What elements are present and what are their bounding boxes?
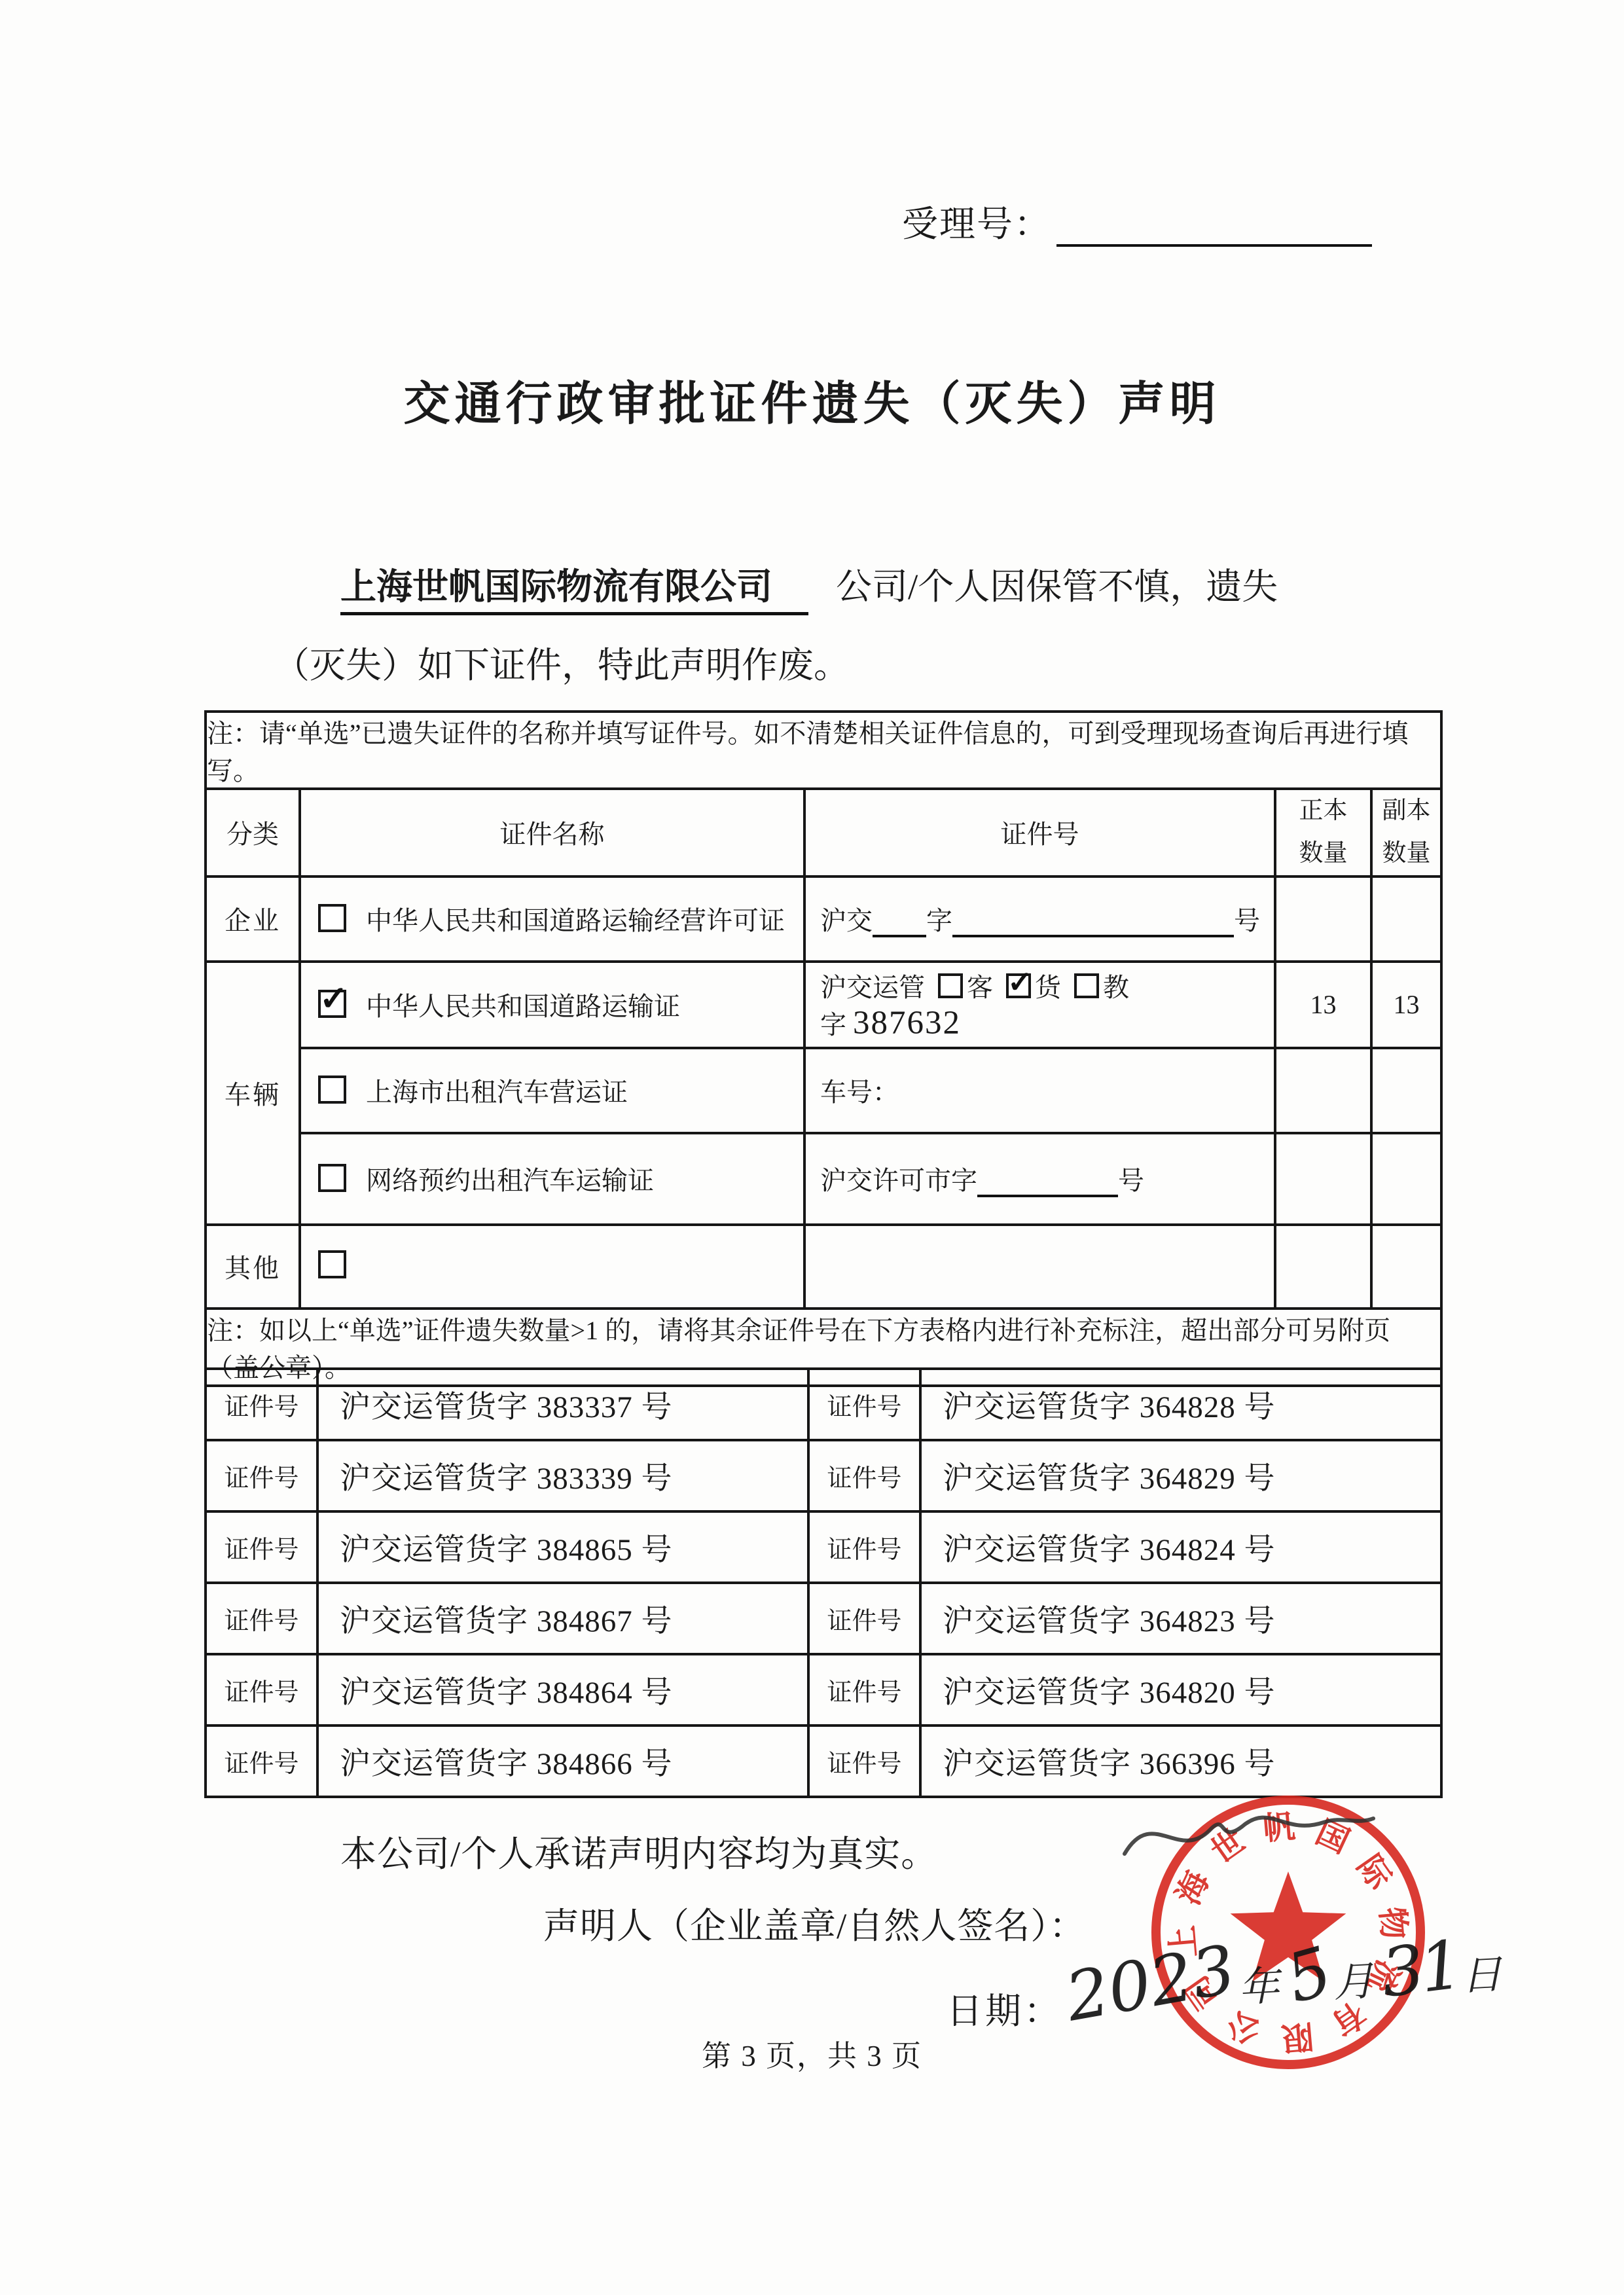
checkbox-other [318, 1250, 346, 1278]
cert-name: 网络预约出租汽车运输证 [366, 1166, 654, 1195]
table-note: 注：请“单选”已遗失证件的名称并填写证件号。如不清楚相关证件信息的，可到受理现场… [207, 719, 1409, 786]
cert-no-value: 沪交运管货字 384867 号 [317, 1583, 808, 1654]
company-name: 上海世帆国际物流有限公司 [340, 567, 808, 615]
table-row: 企业 中华人民共和国道路运输经营许可证 沪交字号 [206, 876, 1441, 962]
intro-line1: 上海世帆国际物流有限公司公司/个人因保管不慎，遗失 [340, 558, 1278, 609]
checkbox-road-transport-license [318, 904, 346, 932]
original-count [1275, 876, 1371, 962]
svg-text:帆: 帆 [1261, 1809, 1297, 1847]
cert-number-cell: 沪交字号 [804, 876, 1275, 962]
handwritten-day-unit: 日 [1460, 1954, 1503, 1997]
checkbox-online-taxi-cert [318, 1164, 346, 1192]
intro-line2: （灭失）如下证件，特此声明作废。 [274, 636, 850, 688]
table-header-row: 分类 证件名称 证件号 正本数量 副本数量 [206, 789, 1441, 876]
checkbox-road-transport-cert [318, 990, 346, 1018]
cert-no-label: 证件号 [808, 1511, 920, 1583]
svg-text:海: 海 [1170, 1866, 1216, 1910]
header-cert-name: 证件名称 [300, 789, 804, 876]
table-row: 证件号 沪交运管货字 383339 号 证件号 沪交运管货字 364829 号 [206, 1440, 1441, 1511]
cert-name-cell [300, 1225, 804, 1309]
cert-name: 中华人民共和国道路运输证 [366, 992, 680, 1021]
handwritten-month: 5 [1280, 1938, 1339, 2014]
copy-count [1371, 1133, 1441, 1225]
cert-name-cell: 网络预约出租汽车运输证 [300, 1133, 804, 1225]
table-row: 上海市出租汽车营运证 车号： [206, 1048, 1441, 1133]
cert-no-label: 证件号 [808, 1726, 920, 1797]
copy-count [1371, 1225, 1441, 1309]
cert-no-label: 证件号 [206, 1440, 317, 1511]
date-label: 日期： [947, 1982, 1062, 2034]
cert-no-label: 证件号 [206, 1726, 317, 1797]
header-category: 分类 [206, 789, 300, 876]
cert-number-value: 387632 [853, 1005, 961, 1041]
fill-blank [977, 1166, 1118, 1197]
cert-number-cell: 沪交运管 客 货 教 字 387632 [804, 962, 1275, 1048]
checkbox-passenger [938, 973, 963, 998]
cert-name: 上海市出租汽车营运证 [366, 1077, 628, 1107]
declarant-line: 声明人（企业盖章/自然人签名）： [543, 1897, 1086, 1949]
copy-count [1371, 876, 1441, 962]
header-copy-count: 副本数量 [1371, 789, 1441, 876]
certificate-table: 注：请“单选”已遗失证件的名称并填写证件号。如不清楚相关证件信息的，可到受理现场… [204, 710, 1443, 1387]
table-row: 车辆 中华人民共和国道路运输证 沪交运管 客 货 教 字 387632 13 1… [206, 962, 1441, 1048]
cert-no-label: 证件号 [808, 1369, 920, 1440]
handwritten-year-unit: 年 [1238, 1966, 1280, 2008]
cert-name-cell: 中华人民共和国道路运输经营许可证 [300, 876, 804, 962]
cert-number-cell: 车号： [804, 1048, 1275, 1133]
cert-no-value: 沪交运管货字 383339 号 [317, 1440, 808, 1511]
acceptance-blank-line [1056, 206, 1372, 247]
original-count [1275, 1048, 1371, 1133]
checkbox-training [1074, 973, 1099, 998]
header-original-count: 正本数量 [1275, 789, 1371, 876]
original-count: 13 [1275, 962, 1371, 1048]
supplementary-numbers-table: 证件号 沪交运管货字 383337 号 证件号 沪交运管货字 364828 号 … [204, 1367, 1443, 1798]
page-title: 交通行政审批证件遗失（灭失）声明 [0, 367, 1624, 433]
cert-name-cell: 中华人民共和国道路运输证 [300, 962, 804, 1048]
category-other: 其他 [206, 1225, 300, 1309]
cert-no-value: 沪交运管货字 364823 号 [920, 1583, 1441, 1654]
checkbox-taxi-operation-cert [318, 1075, 346, 1104]
original-count [1275, 1225, 1371, 1309]
cert-no-label: 证件号 [206, 1583, 317, 1654]
cert-no-label: 证件号 [206, 1511, 317, 1583]
cert-no-label: 证件号 [808, 1583, 920, 1654]
fill-blank [873, 906, 926, 937]
table-note-row: 注：请“单选”已遗失证件的名称并填写证件号。如不清楚相关证件信息的，可到受理现场… [206, 712, 1441, 789]
promise-statement: 本公司/个人承诺声明内容均为真实。 [340, 1825, 937, 1877]
table-row: 证件号 沪交运管货字 384865 号 证件号 沪交运管货字 364824 号 [206, 1511, 1441, 1583]
copy-count: 13 [1371, 962, 1441, 1048]
cert-no-label: 证件号 [808, 1654, 920, 1726]
svg-text:限: 限 [1280, 2017, 1315, 2056]
table-row: 证件号 沪交运管货字 384864 号 证件号 沪交运管货字 364820 号 [206, 1654, 1441, 1726]
cert-no-value: 沪交运管货字 364824 号 [920, 1511, 1441, 1583]
cert-no-value: 沪交运管货字 384864 号 [317, 1654, 808, 1726]
cert-no-label: 证件号 [206, 1369, 317, 1440]
cert-number-cell: 沪交许可市字号 [804, 1133, 1275, 1225]
intro-line1-rest: 公司/个人因保管不慎，遗失 [836, 567, 1278, 607]
cert-number-cell [804, 1225, 1275, 1309]
cert-no-value: 沪交运管货字 364829 号 [920, 1440, 1441, 1511]
scanned-declaration-page: 受理号： 交通行政审批证件遗失（灭失）声明 上海世帆国际物流有限公司公司/个人因… [0, 0, 1624, 2295]
category-enterprise: 企业 [206, 876, 300, 962]
cert-no-label: 证件号 [206, 1654, 317, 1726]
handwritten-day: 31 [1377, 1932, 1462, 2008]
table-row: 证件号 沪交运管货字 384867 号 证件号 沪交运管货字 364823 号 [206, 1583, 1441, 1654]
handwritten-month-unit: 月 [1332, 1961, 1375, 2003]
category-vehicle: 车辆 [206, 962, 300, 1225]
copy-count [1371, 1048, 1441, 1133]
cert-no-value: 沪交运管货字 384865 号 [317, 1511, 808, 1583]
acceptance-number-line: 受理号： [902, 195, 1372, 247]
table-row: 证件号 沪交运管货字 383337 号 证件号 沪交运管货字 364828 号 [206, 1369, 1441, 1440]
cert-name-cell: 上海市出租汽车营运证 [300, 1048, 804, 1133]
cert-name: 中华人民共和国道路运输经营许可证 [366, 906, 785, 935]
cert-no-value: 沪交运管货字 364828 号 [920, 1369, 1441, 1440]
cert-no-value: 沪交运管货字 383337 号 [317, 1369, 808, 1440]
cert-no-value: 沪交运管货字 384866 号 [317, 1726, 808, 1797]
table-row: 其他 [206, 1225, 1441, 1309]
checkbox-cargo [1006, 973, 1031, 998]
original-count [1275, 1133, 1371, 1225]
cert-no-label: 证件号 [808, 1440, 920, 1511]
cert-no-value: 沪交运管货字 364820 号 [920, 1654, 1441, 1726]
acceptance-label: 受理号： [902, 204, 1051, 244]
fill-blank [952, 906, 1234, 937]
header-cert-number: 证件号 [804, 789, 1275, 876]
table-row: 网络预约出租汽车运输证 沪交许可市字号 [206, 1133, 1441, 1225]
